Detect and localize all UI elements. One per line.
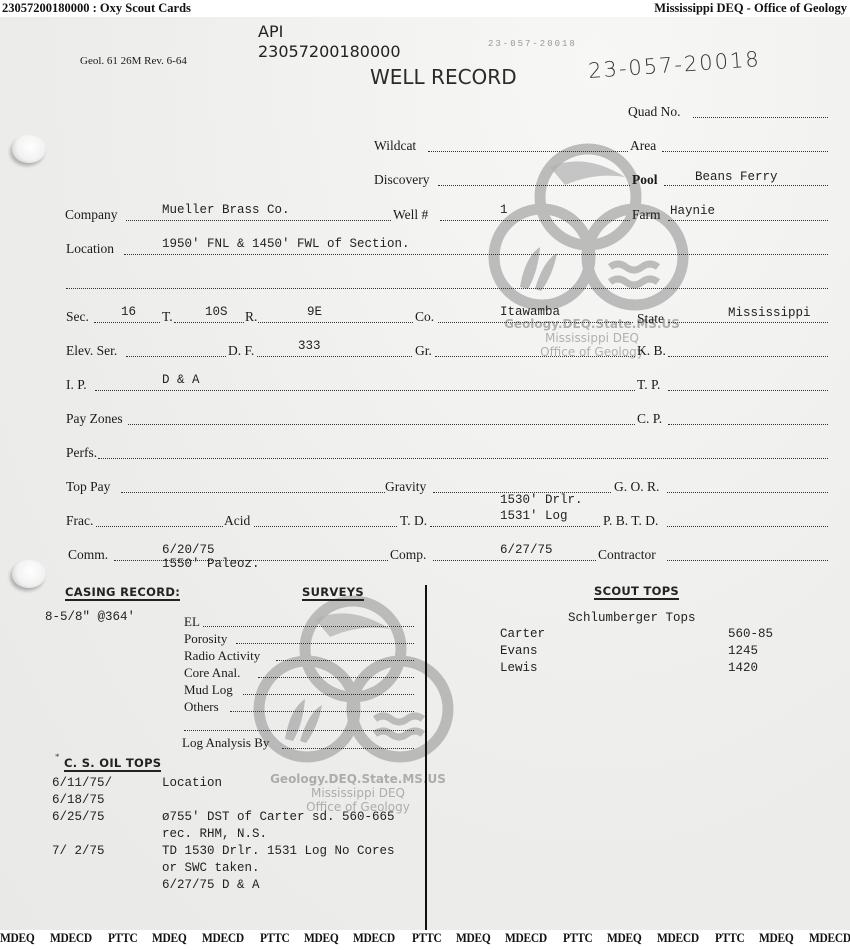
scout-top-depth: 560-85: [728, 627, 773, 641]
area-label: Area: [630, 138, 656, 154]
df-line: [257, 356, 412, 357]
acid-line: [254, 526, 397, 527]
perfs-line: [98, 458, 828, 459]
survey-radio-activity-line: [276, 660, 414, 661]
survey-radio-activity-label: Radio Activity: [184, 648, 260, 664]
well-no-line: [440, 220, 630, 221]
county-value: Itawamba: [500, 305, 560, 319]
township-value: 10S: [205, 305, 228, 319]
footer-tag: PTTC: [108, 930, 137, 946]
pool-value: Beans Ferry: [695, 170, 778, 184]
log-date: 7/ 2/75: [52, 844, 105, 858]
footer-tag: MDECD: [50, 930, 92, 946]
pay-zones-line: [128, 424, 635, 425]
comp-value: 6/27/75: [500, 543, 553, 557]
footer-tag: MDECD: [202, 930, 244, 946]
scout-top-name: Carter: [500, 627, 545, 641]
survey-core-anal-label: Core Anal.: [184, 665, 240, 681]
tp-line: [668, 390, 828, 391]
sec-value: 16: [121, 305, 136, 319]
perfs-label: Perfs.: [66, 445, 97, 461]
survey-el-line: [203, 626, 414, 627]
range-value: 9E: [307, 305, 322, 319]
discovery-line: [438, 185, 630, 186]
survey-log-analysis-label: Log Analysis By: [182, 735, 269, 751]
scout-top-name: Lewis: [500, 661, 538, 675]
log-text: or SWC taken.: [162, 861, 260, 875]
township-line: [174, 322, 244, 323]
survey-mud-log-line: [243, 694, 414, 695]
df-value: 333: [298, 339, 321, 353]
survey-el-label: EL: [184, 614, 200, 630]
footer-tag: MDEQ: [304, 930, 339, 946]
farm-value: Haynie: [670, 204, 715, 218]
footer-tag: MDEQ: [607, 930, 642, 946]
td-label: T. D.: [400, 513, 427, 529]
page-title: WELL RECORD: [370, 65, 517, 89]
gr-label: Gr.: [415, 343, 432, 359]
county-label: Co.: [415, 309, 434, 325]
page-header: 23057200180000 : Oxy Scout Cards Mississ…: [0, 0, 850, 17]
cs-oil-tops-heading: C. S. OIL TOPS: [64, 756, 161, 772]
df-label: D. F.: [228, 343, 254, 359]
location-label: Location: [66, 241, 114, 257]
api-block: API 23057200180000: [258, 22, 401, 62]
area-line: [662, 151, 828, 152]
log-text: rec. RHM, N.S.: [162, 827, 267, 841]
quad-no-label: Quad No.: [628, 104, 681, 120]
footer-tag: MDECD: [505, 930, 547, 946]
well-no-label: Well #: [393, 207, 428, 223]
company-label: Company: [65, 207, 118, 223]
punch-hole: [12, 135, 46, 163]
ip-label: I. P.: [66, 377, 87, 393]
kb-label: K. B.: [637, 343, 666, 359]
gr-line: [435, 356, 635, 357]
scout-top-name: Evans: [500, 644, 538, 658]
comp-line: [433, 560, 596, 561]
scout-tops-subheading: Schlumberger Tops: [568, 611, 696, 625]
comm-label: Comm.: [68, 547, 108, 563]
log-text: Location: [162, 776, 222, 790]
quad-no-line: [693, 117, 828, 118]
elev-ser-line: [126, 356, 226, 357]
survey-core-anal-line: [258, 677, 414, 678]
acid-label: Acid: [224, 513, 250, 529]
pbtd-line: [667, 526, 828, 527]
farm-line: [668, 220, 828, 221]
log-date: 6/18/75: [52, 793, 105, 807]
surveys-heading: SURVEYS: [302, 585, 364, 601]
comp-label: Comp.: [390, 547, 426, 563]
survey-mud-log-label: Mud Log: [184, 682, 233, 698]
pbtd-label: P. B. T. D.: [603, 513, 658, 529]
sec-label: Sec.: [66, 309, 89, 325]
log-date: 6/25/75: [52, 810, 105, 824]
contractor-line: [667, 560, 828, 561]
blank-line: [66, 288, 828, 289]
location-line: [124, 254, 828, 255]
footer-tag: MDEQ: [456, 930, 491, 946]
cp-label: C. P.: [637, 411, 662, 427]
survey-others-label: Others: [184, 699, 219, 715]
footer-tag: MDECD: [353, 930, 395, 946]
tp-label: T. P.: [637, 377, 660, 393]
mdeq-watermark-logo-icon-2: [250, 589, 460, 789]
footer-tag: PTTC: [260, 930, 289, 946]
contractor-label: Contractor: [598, 547, 656, 563]
county-line: [438, 322, 633, 323]
survey-porosity-label: Porosity: [184, 631, 227, 647]
kb-line: [668, 356, 828, 357]
casing-record-heading: CASING RECORD:: [65, 585, 180, 601]
scout-tops-heading: SCOUT TOPS: [594, 584, 679, 600]
survey-porosity-line: [236, 643, 414, 644]
footer-tag: PTTC: [412, 930, 441, 946]
frac-line: [96, 526, 223, 527]
footer-tag: MDECD: [657, 930, 699, 946]
footer-tag: MDEQ: [0, 930, 35, 946]
company-value: Mueller Brass Co.: [162, 203, 290, 217]
pool-label: Pool: [632, 172, 658, 188]
watermark-text-2: Geology.DEQ.State.MS.US Mississippi DEQ …: [258, 772, 458, 814]
punch-hole: [12, 560, 46, 588]
state-label: State: [637, 311, 664, 327]
api-number: 23057200180000: [258, 42, 401, 62]
location-value: 1950' FNL & 1450' FWL of Section.: [162, 237, 410, 251]
gor-line: [667, 492, 828, 493]
asterisk-mark: *: [55, 752, 60, 762]
agency-title: Mississippi DEQ - Office of Geology: [654, 1, 847, 16]
footer-tag: MDEQ: [152, 930, 187, 946]
state-line: [668, 322, 828, 323]
discovery-label: Discovery: [374, 172, 429, 188]
elev-ser-label: Elev. Ser.: [66, 343, 117, 359]
td-line: [430, 526, 600, 527]
state-value: Mississippi: [728, 306, 811, 320]
api-label: API: [258, 22, 401, 42]
ip-value: D & A: [162, 373, 200, 387]
wildcat-label: Wildcat: [374, 138, 416, 154]
pool-line: [664, 185, 828, 186]
survey-others-line: [230, 711, 414, 712]
farm-label: Farm: [632, 207, 661, 223]
scout-card-image: Geology.DEQ.State.MS.US Mississippi DEQ …: [0, 17, 850, 930]
gor-label: G. O. R.: [614, 479, 659, 495]
footer-tag: PTTC: [715, 930, 744, 946]
frac-label: Frac.: [66, 513, 93, 529]
section-divider: [425, 585, 427, 947]
log-text: 6/27/75 D & A: [162, 878, 260, 892]
scout-top-depth: 1245: [728, 644, 758, 658]
faded-stamp: 23-057-20018: [488, 39, 577, 49]
comm-value: 6/20/75 1550' Paleoz.: [162, 543, 260, 571]
log-text: TD 1530 Drlr. 1531 Log No Cores: [162, 844, 395, 858]
footer-tag: PTTC: [563, 930, 592, 946]
top-pay-line: [121, 492, 385, 493]
wildcat-line: [428, 151, 628, 152]
log-text: ø755' DST of Carter sd. 560-665: [162, 810, 395, 824]
gravity-label: Gravity: [385, 479, 426, 495]
company-line: [126, 220, 391, 221]
page-footer: MDEQMDECDPTTCMDEQMDECDPTTCMDEQMDECDPTTCM…: [0, 930, 850, 950]
survey-blank-line: [184, 730, 414, 731]
range-label: R.: [245, 309, 257, 325]
ip-line: [95, 390, 635, 391]
top-pay-label: Top Pay: [66, 479, 110, 495]
township-label: T.: [162, 309, 173, 325]
td-value: 1530' Drlr. 1531' Log: [500, 492, 583, 524]
handwritten-api: 23-057-20018: [587, 47, 761, 83]
range-line: [258, 322, 413, 323]
footer-tag: MDEQ: [759, 930, 794, 946]
casing-record-entry: 8-5/8" @364': [45, 610, 135, 624]
record-title: 23057200180000 : Oxy Scout Cards: [2, 1, 191, 16]
footer-tag: MDECD: [809, 930, 850, 946]
survey-log-analysis-line: [282, 748, 414, 749]
form-code: Geol. 61 26M Rev. 6-64: [80, 55, 187, 67]
sec-line: [94, 322, 160, 323]
scout-top-depth: 1420: [728, 661, 758, 675]
pay-zones-label: Pay Zones: [66, 411, 123, 427]
cp-line: [668, 424, 828, 425]
log-date: 6/11/75/: [52, 776, 112, 790]
well-no-value: 1: [500, 203, 508, 217]
